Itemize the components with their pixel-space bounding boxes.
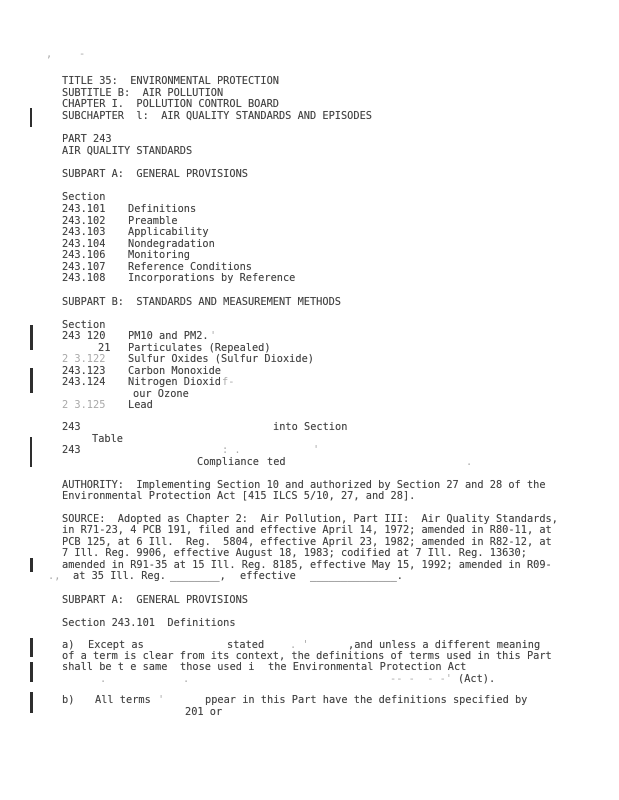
- text-segment: 7 Ill. Reg. 9906, effective August 18, 1…: [62, 547, 527, 559]
- text-segment: ________,: [170, 570, 226, 582]
- text-segment: Definitions: [128, 203, 196, 215]
- text-segment: the Environmental Protection Act: [268, 661, 466, 673]
- text-segment: those used i: [180, 661, 254, 673]
- text-segment: SUBPART A: GENERAL PROVISIONS: [62, 168, 248, 180]
- text-segment: All terms: [95, 694, 151, 706]
- text-segment: -: [79, 48, 85, 60]
- text-segment: b): [62, 694, 74, 706]
- text-segment: ': [313, 444, 319, 456]
- text-segment: 243.108: [62, 272, 105, 284]
- text-line: SUBCHAPTER l: AIR QUALITY STANDARDS AND …: [0, 110, 619, 123]
- text-segment: : .: [222, 444, 241, 456]
- text-line: SUBPART B: STANDARDS AND MEASUREMENT MET…: [0, 296, 619, 309]
- margin-change-bar: [30, 437, 32, 467]
- text-segment: 2 3.122: [62, 353, 105, 365]
- text-segment: AIR QUALITY STANDARDS: [62, 145, 192, 157]
- text-line: SUBPART A: GENERAL PROVISIONS: [0, 168, 619, 181]
- text-segment: Nitrogen Dioxid: [128, 376, 221, 388]
- text-segment: ,: [46, 48, 52, 60]
- text-segment: 243.103: [62, 226, 105, 238]
- text-line: 2 3.125Lead: [0, 399, 619, 412]
- text-segment: .: [466, 456, 472, 468]
- text-segment: CHAPTER I. POLLUTION CONTROL BOARD: [62, 98, 279, 110]
- text-segment: 243: [62, 444, 81, 456]
- text-segment: Section: [62, 191, 105, 203]
- text-segment: 243.106: [62, 249, 105, 261]
- text-line: Section 243.101 Definitions: [0, 617, 619, 630]
- text-segment: ______________.: [310, 570, 403, 582]
- margin-change-bar: [30, 692, 33, 713]
- margin-change-bar: [30, 368, 33, 393]
- text-segment: ted: [267, 456, 286, 468]
- text-segment: ': [158, 694, 164, 706]
- text-line: ..-- - - -'(Act).: [0, 673, 619, 686]
- text-segment: SUBPART B: STANDARDS AND MEASUREMENT MET…: [62, 296, 341, 308]
- text-segment: 243: [62, 421, 81, 433]
- text-segment: Lead: [128, 399, 153, 411]
- text-segment: Environmental Protection Act [415 ILCS 5…: [62, 490, 415, 502]
- text-segment: 2 3.125: [62, 399, 105, 411]
- text-line: 201 or: [0, 706, 619, 719]
- margin-change-bar: [30, 108, 32, 127]
- text-line: Complianceted.: [0, 456, 619, 469]
- margin-change-bar: [30, 662, 33, 682]
- text-segment: ppear in this Part have the definitions …: [205, 694, 527, 706]
- text-segment: Sulfur Oxides (Sulfur Dioxide): [128, 353, 314, 365]
- document-page: ,-TITLE 35: ENVIRONMENTAL PROTECTIONSUBT…: [0, 0, 619, 800]
- text-segment: effective: [240, 570, 296, 582]
- text-segment: PM10 and PM2.: [128, 330, 209, 342]
- margin-change-bar: [30, 638, 33, 657]
- text-segment: shall be t e same: [62, 661, 167, 673]
- text-segment: PART 243: [62, 133, 112, 145]
- text-segment: 243 120: [62, 330, 105, 342]
- text-segment: ': [210, 330, 216, 342]
- text-segment: -- - - -': [390, 673, 452, 685]
- text-segment: TITLE 35: ENVIRONMENTAL PROTECTION: [62, 75, 279, 87]
- text-segment: Applicability: [128, 226, 209, 238]
- text-segment: SUBPART A: GENERAL PROVISIONS: [62, 594, 248, 606]
- text-line: 243.108Incorporations by Reference: [0, 272, 619, 285]
- text-segment: Compliance: [197, 456, 259, 468]
- text-segment: .: [183, 673, 189, 685]
- text-line: .,at 35 Ill. Reg.________,effective_____…: [0, 570, 619, 583]
- text-segment: .: [100, 673, 106, 685]
- text-segment: 243.101: [62, 203, 105, 215]
- text-segment: in R71-23, 4 PCB 191, filed and effectiv…: [62, 524, 552, 536]
- text-line: ,-: [0, 48, 619, 61]
- text-segment: 201 or: [185, 706, 222, 718]
- margin-change-bar: [30, 558, 33, 572]
- text-segment: f-: [222, 376, 234, 388]
- text-segment: into Section: [273, 421, 347, 433]
- text-line: Environmental Protection Act [415 ILCS 5…: [0, 490, 619, 503]
- text-segment: Section 243.101 Definitions: [62, 617, 236, 629]
- text-line: AIR QUALITY STANDARDS: [0, 145, 619, 158]
- text-segment: (Act).: [458, 673, 495, 685]
- text-segment: SUBCHAPTER l: AIR QUALITY STANDARDS AND …: [62, 110, 372, 122]
- text-line: SUBPART A: GENERAL PROVISIONS: [0, 594, 619, 607]
- text-segment: at 35 Ill. Reg.: [73, 570, 166, 582]
- text-segment: Monitoring: [128, 249, 190, 261]
- text-segment: .,: [48, 570, 60, 582]
- text-segment: 243.124: [62, 376, 105, 388]
- text-segment: Incorporations by Reference: [128, 272, 295, 284]
- margin-change-bar: [30, 325, 33, 350]
